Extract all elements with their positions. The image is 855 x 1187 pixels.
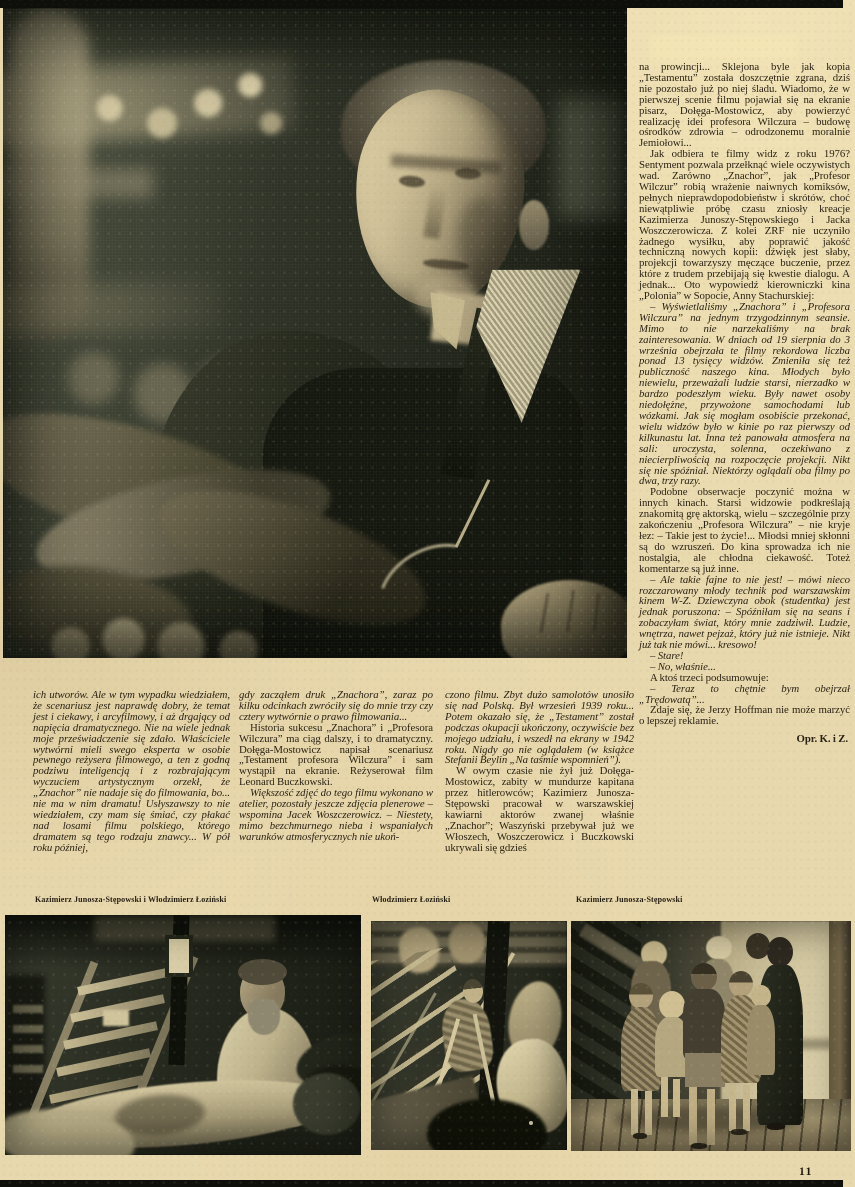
column-3: czono filmu. Zbyt dużo samolotów unosiło… (445, 690, 634, 854)
paragraph: na prowincji... Sklejona byle jak kopia … (639, 62, 850, 149)
column-1: ich utworów. Ale w tym wypadku wiedziałe… (33, 690, 230, 854)
photo-caption-right: Kazimierz Junosza-Stępowski (576, 895, 683, 904)
paragraph-quote: czono filmu. Zbyt dużo samolotów unosiło… (445, 690, 634, 766)
paper-ghost-highlight (650, 36, 798, 60)
paragraph-quote: ich utworów. Ale w tym wypadku wiedziałe… (33, 690, 230, 854)
paragraph: Jak odbiera te filmy widz z roku 1976? S… (639, 149, 850, 302)
magazine-page: na prowincji... Sklejona byle jak kopia … (0, 0, 855, 1187)
dialogue-line: – Teraz to chętnie bym obejrzał „Trędowa… (639, 684, 850, 706)
hero-print-grain (3, 8, 627, 658)
column-right: na prowincji... Sklejona byle jak kopia … (639, 62, 850, 745)
paragraph-quote: Większość zdjęć do tego filmu wykonano w… (239, 788, 433, 843)
byline: Opr. K. i Z. (639, 734, 850, 745)
paragraph-quote: – Wyświetlaliśmy „Znachora” i „Profesora… (639, 302, 850, 487)
page-number: 11 (799, 1166, 813, 1178)
photo3-vignette (571, 921, 851, 1151)
photo1-vignette (5, 915, 361, 1155)
hero-photo (3, 8, 627, 658)
paragraph: W owym czasie nie żył już Dołęga-Mostowi… (445, 766, 634, 853)
photo2-vignette (371, 921, 567, 1150)
paragraph-quote: gdy zacząłem druk „Znachora”, zaraz po k… (239, 690, 433, 723)
photo-caption-left: Kazimierz Junosza-Stępowski i Włodzimier… (35, 895, 226, 904)
paragraph: Historia sukcesu „Znachora” i „Profesora… (239, 723, 433, 788)
column-2: gdy zacząłem druk „Znachora”, zaraz po k… (239, 690, 433, 843)
paragraph: Zdaje się, że Jerzy Hoffman nie może mar… (639, 705, 850, 727)
page-top-rule (0, 0, 843, 8)
photo-doctor-and-patient (5, 915, 361, 1155)
photo-children-group (571, 921, 851, 1151)
page-bottom-rule (0, 1180, 843, 1187)
paragraph-quote: – Ale takie fajne to nie jest! – mówi ni… (639, 575, 850, 651)
photo-caption-middle: Włodzimierz Łoziński (372, 895, 450, 904)
paragraph: Podobne obserwacje poczynić można w inny… (639, 487, 850, 574)
photo-boy-on-crutches (371, 921, 567, 1150)
